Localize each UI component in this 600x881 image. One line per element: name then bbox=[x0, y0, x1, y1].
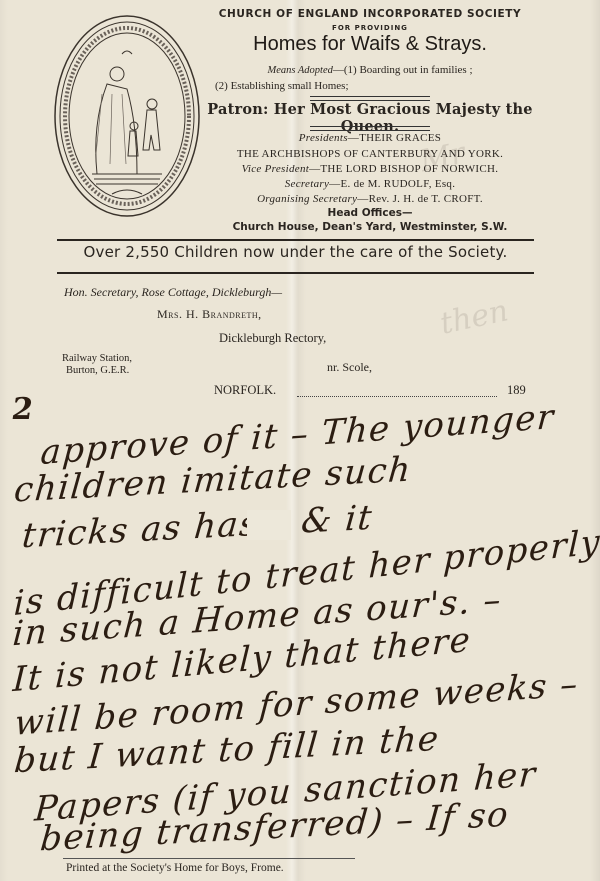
footer-rule bbox=[63, 858, 355, 859]
divider bbox=[310, 126, 430, 131]
banner-rule-top bbox=[57, 239, 534, 241]
date-line bbox=[297, 396, 497, 397]
means-2: (2) Establishing small Homes; bbox=[215, 80, 415, 92]
railway-station: Railway Station, bbox=[62, 353, 132, 364]
sender-name: Mrs. H. Brandreth, bbox=[157, 307, 262, 322]
archbishops: THE ARCHBISHOPS OF CANTERBURY AND YORK. bbox=[200, 148, 540, 160]
organising-secretary: Organising Secretary—Rev. J. H. de T. CR… bbox=[200, 193, 540, 205]
bleed-through: then bbox=[437, 293, 511, 341]
society-seal-icon bbox=[52, 14, 202, 219]
sender-rectory: Dickleburgh Rectory, bbox=[219, 331, 326, 346]
for-providing: FOR PROVIDING bbox=[200, 24, 540, 32]
presidents: Presidents—THEIR GRACES bbox=[200, 132, 540, 144]
hon-secretary: Hon. Secretary, Rose Cottage, Dickleburg… bbox=[64, 285, 282, 300]
head-offices-address: Church House, Dean's Yard, Westminster, … bbox=[195, 221, 545, 233]
redaction-box bbox=[247, 510, 291, 540]
county: NORFOLK. bbox=[214, 383, 276, 398]
means-label: Means Adopted bbox=[267, 65, 332, 76]
letter-page: CHURCH OF ENGLAND INCORPORATED SOCIETY F… bbox=[0, 0, 600, 881]
printer-footer: Printed at the Society's Home for Boys, … bbox=[66, 862, 284, 874]
page-number: 2 bbox=[10, 392, 37, 427]
letterhead-title: Homes for Waifs & Strays. bbox=[200, 33, 540, 56]
near-scole: nr. Scole, bbox=[327, 360, 372, 375]
society-name: CHURCH OF ENGLAND INCORPORATED SOCIETY bbox=[200, 8, 540, 20]
banner-rule-bottom bbox=[57, 272, 534, 274]
secretary: Secretary—E. de M. RUDOLF, Esq. bbox=[200, 178, 540, 190]
head-offices-label: Head Offices— bbox=[200, 207, 540, 219]
children-banner: Over 2,550 Children now under the care o… bbox=[57, 243, 534, 261]
means-adopted: Means Adopted—(1) Boarding out in famili… bbox=[200, 64, 540, 76]
year-prefix: 189 bbox=[507, 383, 526, 398]
means-1: —(1) Boarding out in families ; bbox=[333, 64, 473, 76]
vice-president: Vice President—THE LORD BISHOP OF NORWIC… bbox=[200, 163, 540, 175]
railway-station-name: Burton, G.E.R. bbox=[66, 365, 129, 376]
